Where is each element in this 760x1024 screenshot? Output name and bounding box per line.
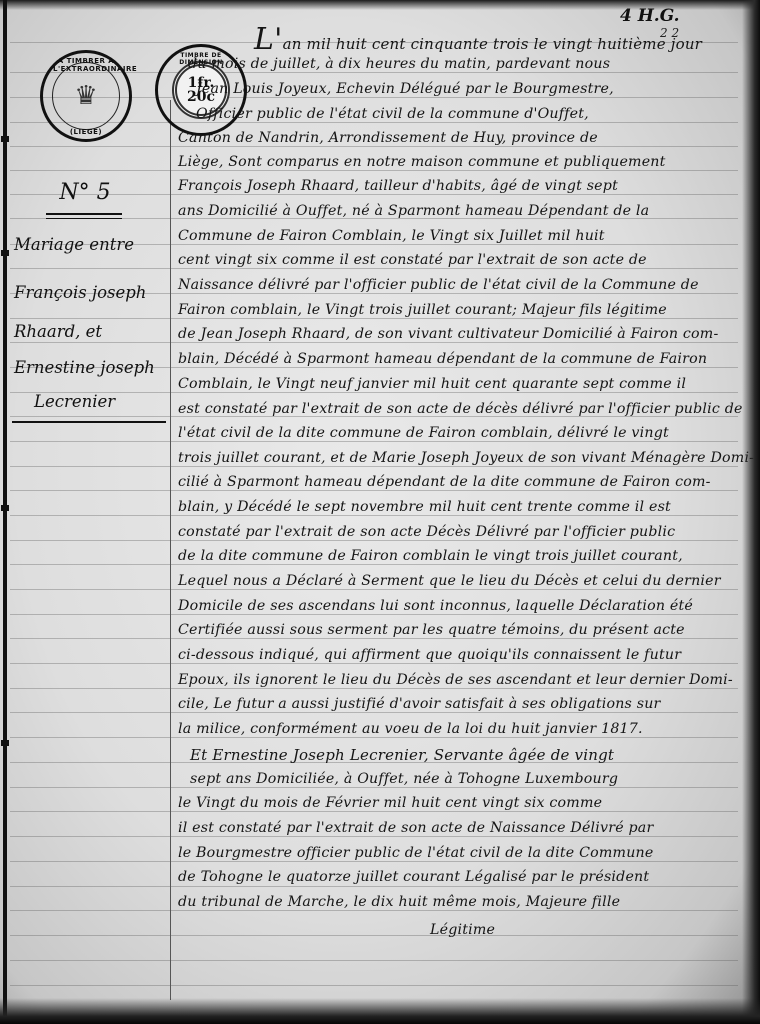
ruled-line (10, 663, 738, 664)
body-line: Légitime (430, 922, 495, 938)
body-line: sept ans Domiciliée, à Ouffet, née à Toh… (190, 771, 618, 787)
margin-end-rule (12, 421, 166, 423)
binding-stitch (1, 250, 9, 256)
body-line: Commune de Fairon Comblain, le Vingt six… (178, 228, 605, 244)
ruled-line (10, 861, 738, 862)
body-line: constaté par l'extrait de son acte Décès… (178, 524, 675, 540)
body-line: Liège, Sont comparus en notre maison com… (178, 154, 666, 170)
acte-number: N° 5 (40, 180, 130, 205)
body-line: Comblain, le Vingt neuf janvier mil huit… (178, 376, 686, 392)
ruled-line (10, 515, 738, 516)
body-line: Fairon comblain, le Vingt trois juillet … (178, 302, 667, 318)
body-line: cile, Le futur a aussi justifié d'avoir … (178, 696, 661, 712)
ruled-line (10, 787, 738, 788)
ruled-line (10, 268, 738, 269)
ruled-line (10, 836, 738, 837)
binding-stitch (1, 136, 9, 142)
body-line: ci-dessous indiqué, qui affirment que qu… (178, 647, 681, 663)
body-line: Naissance délivré par l'officier public … (178, 277, 699, 293)
body-line: Domicile de ses ascendans lui sont incon… (178, 598, 693, 614)
body-line: est constaté par l'extrait de son acte d… (178, 401, 743, 417)
body-line: Lequel nous a Déclaré à Serment que le l… (178, 573, 721, 589)
body-line: Canton de Nandrin, Arrondissement de Huy… (178, 130, 598, 146)
body-line: la milice, conformément au voeu de la lo… (178, 721, 643, 737)
margin-groom-last: Rhaard, et (14, 322, 168, 341)
margin-bride-last: Lecrenier (34, 392, 188, 411)
ruled-line (10, 318, 738, 319)
body-line: Et Ernestine Joseph Lecrenier, Servante … (190, 746, 614, 764)
binding-stitch (1, 740, 9, 746)
acte-number-underline (46, 213, 122, 219)
ruled-line (10, 614, 738, 615)
body-line: blain, Décédé à Sparmont hameau dépendan… (178, 351, 707, 367)
body-line: cilié à Sparmont hameau dépendant de la … (178, 474, 711, 490)
body-line: ans Domicilié à Ouffet, né à Sparmont ha… (178, 203, 649, 219)
body-line: le Bourgmestre officier public de l'état… (178, 845, 654, 861)
stamp-label: A TIMBRER A L'EXTRAORDINAIRE (53, 57, 119, 73)
body-line: de Tohogne le quatorze juillet courant L… (178, 869, 649, 885)
ruled-line (10, 589, 738, 590)
stamp-location: (LIEGE) (43, 128, 129, 136)
body-line: Epoux, ils ignorent le lieu du Décès de … (178, 672, 733, 688)
body-line: Officier public de l'état civil de la co… (196, 106, 589, 122)
body-line: le Vingt du mois de Février mil huit cen… (178, 795, 602, 811)
ruled-line (10, 712, 738, 713)
margin-bride-first: Ernestine joseph (14, 358, 168, 377)
margin-groom-first: François joseph (14, 283, 168, 302)
margin-rule (170, 100, 171, 1000)
body-line: du tribunal de Marche, le dix huit même … (178, 894, 620, 910)
ruled-line (10, 146, 738, 147)
body-line: Jean Louis Joyeux, Echevin Délégué par l… (196, 81, 614, 97)
ruled-line (10, 935, 738, 936)
margin-title: Mariage entre (14, 235, 168, 254)
body-line: de la dite commune de Fairon comblain le… (178, 548, 683, 564)
binding-stitch (1, 505, 9, 511)
body-line: du mois de juillet, à dix heures du mati… (188, 56, 610, 72)
body-line: trois juillet courant, et de Marie Josep… (178, 450, 754, 466)
body-line: de Jean Joseph Rhaard, de son vivant cul… (178, 326, 718, 342)
body-line: L'an mil huit cent cinquante trois le vi… (254, 22, 702, 57)
extraordinary-stamp: A TIMBRER A L'EXTRAORDINAIRE ♛ (LIEGE) (40, 50, 132, 142)
binding-edge (3, 0, 7, 1024)
ruled-line (10, 638, 738, 639)
ruled-line (10, 985, 738, 986)
body-line: il est constaté par l'extrait de son act… (178, 820, 653, 836)
body-line: François Joseph Rhaard, tailleur d'habit… (178, 178, 618, 194)
body-line: cent vingt six comme il est constaté par… (178, 252, 647, 268)
ruled-line (10, 342, 738, 343)
ruled-line (10, 466, 738, 467)
ruled-line (10, 564, 738, 565)
ruled-line (10, 960, 738, 961)
ruled-line (10, 737, 738, 738)
document-page: A TIMBRER A L'EXTRAORDINAIRE ♛ (LIEGE) T… (0, 0, 760, 1024)
body-line: Certifiée aussi sous serment par les qua… (178, 622, 685, 638)
ruled-line (10, 886, 738, 887)
ruled-line (10, 441, 738, 442)
body-line: blain, y Décédé le sept novembre mil hui… (178, 499, 671, 515)
body-line: l'état civil de la dite commune de Fairo… (178, 425, 669, 441)
ruled-line (10, 688, 738, 689)
ruled-line (10, 170, 738, 171)
scan-shadow-bottom (0, 998, 760, 1024)
ruled-line (10, 490, 738, 491)
scan-shadow-right (742, 0, 760, 1024)
ruled-line (10, 540, 738, 541)
ruled-line (10, 910, 738, 911)
ruled-line (10, 811, 738, 812)
crowned-lion-icon: ♛ (74, 83, 97, 109)
